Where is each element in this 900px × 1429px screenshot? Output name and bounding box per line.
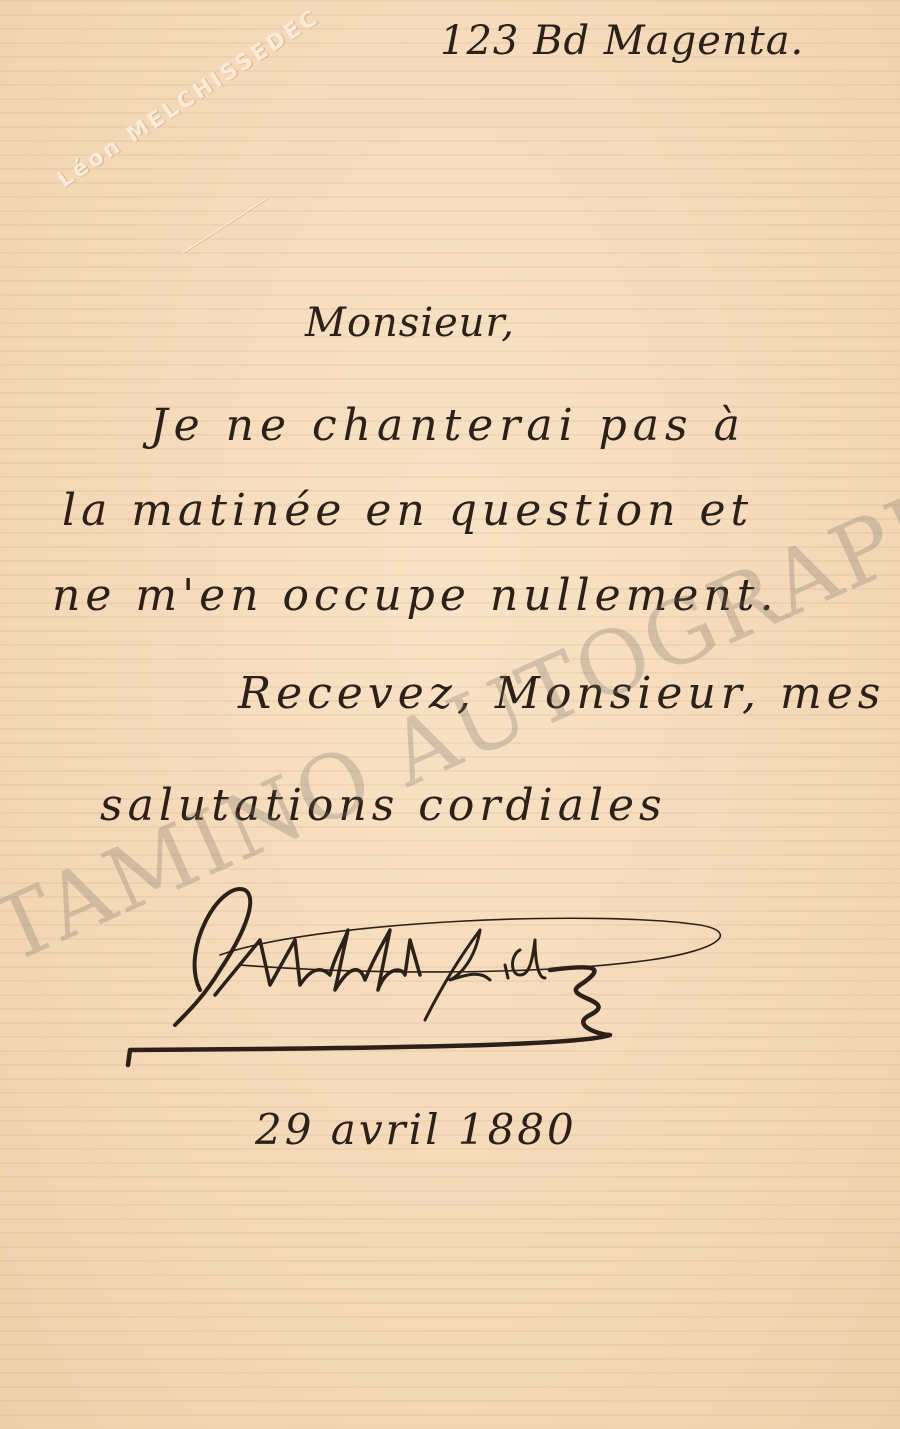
- handwritten-letter: 123 Bd Magenta. Léon MELCHISSEDEC Monsie…: [0, 0, 900, 1429]
- address-line: 123 Bd Magenta.: [440, 18, 804, 64]
- signature: [120, 870, 740, 1070]
- letter-date: 29 avril 1880: [255, 1105, 577, 1154]
- body-line: la matinée en question et: [62, 485, 753, 536]
- stamp-underline: [183, 198, 267, 253]
- signature-flourish-icon: [120, 870, 740, 1070]
- salutation: Monsieur,: [305, 300, 515, 346]
- body-line: Je ne chanterai pas à: [150, 400, 746, 451]
- embossed-name-stamp: Léon MELCHISSEDEC: [53, 5, 324, 193]
- signature-text: J. Melchissédec: [240, 920, 318, 931]
